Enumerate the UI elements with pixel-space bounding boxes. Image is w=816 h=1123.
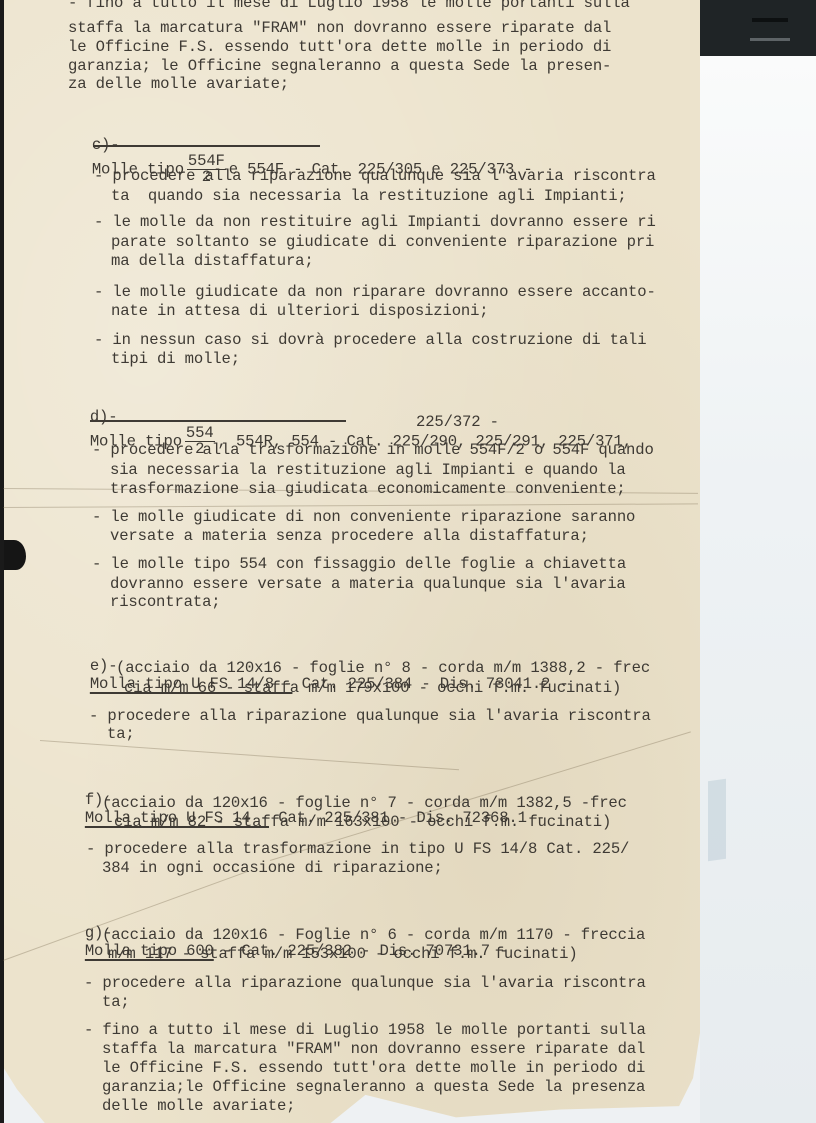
list-item-line: - procedere alla trasformazione in tipo … xyxy=(86,840,629,858)
spec-line: cia m/m 66 - staffa m/m 179x100 - occhi … xyxy=(124,679,621,697)
text-line: garanzia; le Officine segnaleranno a que… xyxy=(68,57,611,75)
section-label: e)- xyxy=(90,657,118,675)
heading-tail-continued: 225/372 - xyxy=(416,413,499,431)
list-item-line: garanzia;le Officine segnaleranno a ques… xyxy=(102,1078,645,1096)
scanner-slot xyxy=(750,18,790,41)
list-item-line: - procedere alla trasformazione in molle… xyxy=(92,441,654,459)
scanner-lid xyxy=(690,0,816,56)
section-label: d)- xyxy=(90,408,118,426)
list-item-line: - procedere alla riparazione qualunque s… xyxy=(89,707,651,725)
list-item-line: 384 in ogni occasione di riparazione; xyxy=(102,859,443,877)
list-item-line: nate in attesa di ulteriori disposizioni… xyxy=(111,302,489,320)
heading-underline xyxy=(93,145,320,147)
list-item-line: tipi di molle; xyxy=(111,350,240,368)
text-line: za delle molle avariate; xyxy=(68,75,289,93)
scanner-bed xyxy=(700,56,816,1123)
list-item-line: versate a materia senza procedere alla d… xyxy=(110,527,589,545)
list-item-line: - le molle da non restituire agli Impian… xyxy=(94,213,656,231)
list-item-line: riscontrata; xyxy=(110,593,221,611)
list-item-line: - le molle giudicate di non conveniente … xyxy=(92,508,635,526)
spec-line: (acciaio da 120x16 - foglie n° 8 - corda… xyxy=(116,659,650,677)
text-line: staffa la marcatura "FRAM" non dovranno … xyxy=(68,19,611,37)
list-item-line: delle molle avariate; xyxy=(102,1097,295,1115)
list-item-line: dovranno essere versate a materia qualun… xyxy=(110,575,626,593)
tape-piece xyxy=(708,779,726,862)
list-item-line: staffa la marcatura "FRAM" non dovranno … xyxy=(102,1040,645,1058)
list-item-line: - in nessun caso si dovrà procedere alla… xyxy=(94,331,646,349)
list-item-line: le Officine F.S. essendo tutt'ora dette … xyxy=(102,1059,645,1077)
list-item-line: ta; xyxy=(107,725,135,743)
list-item-line: ma della distaffatura; xyxy=(111,252,314,270)
list-item-line: - le molle giudicate da non riparare dov… xyxy=(94,283,656,301)
list-item-line: trasformazione sia giudicata economicame… xyxy=(110,480,626,498)
list-item-line: ta quando sia necessaria la restituzione… xyxy=(111,187,627,205)
text-line: le Officine F.S. essendo tutt'ora dette … xyxy=(68,38,611,56)
list-item-line: - procedere alla riparazione qualunque s… xyxy=(84,974,646,992)
spec-line: (acciaio da 120x16 - Foglie n° 6 - corda… xyxy=(102,926,645,944)
spec-line: m/m 117 - staffa m/m 153x100 - occhi f.m… xyxy=(108,945,578,963)
list-item-line: - procedere alla riparazione qualunque s… xyxy=(94,167,656,185)
spec-line: cia m/m 82 - staffa m/m 163x100 - occhi … xyxy=(114,813,611,831)
spec-line: (acciaio da 120x16 - foglie n° 7 - corda… xyxy=(102,794,627,812)
list-item-line: - le molle tipo 554 con fissaggio delle … xyxy=(92,555,626,573)
document-body: - fino a tutto il mese di Luglio 1958 le… xyxy=(0,0,700,1123)
list-item-line: ta; xyxy=(102,993,130,1011)
list-item-line: sia necessaria la restituzione agli Impi… xyxy=(110,461,626,479)
text-line: - fino a tutto il mese di Luglio 1958 le… xyxy=(68,0,630,12)
list-item-line: - fino a tutto il mese di Luglio 1958 le… xyxy=(84,1021,646,1039)
heading-underline xyxy=(90,420,346,422)
list-item-line: parate soltanto se giudicate di convenie… xyxy=(111,233,654,251)
